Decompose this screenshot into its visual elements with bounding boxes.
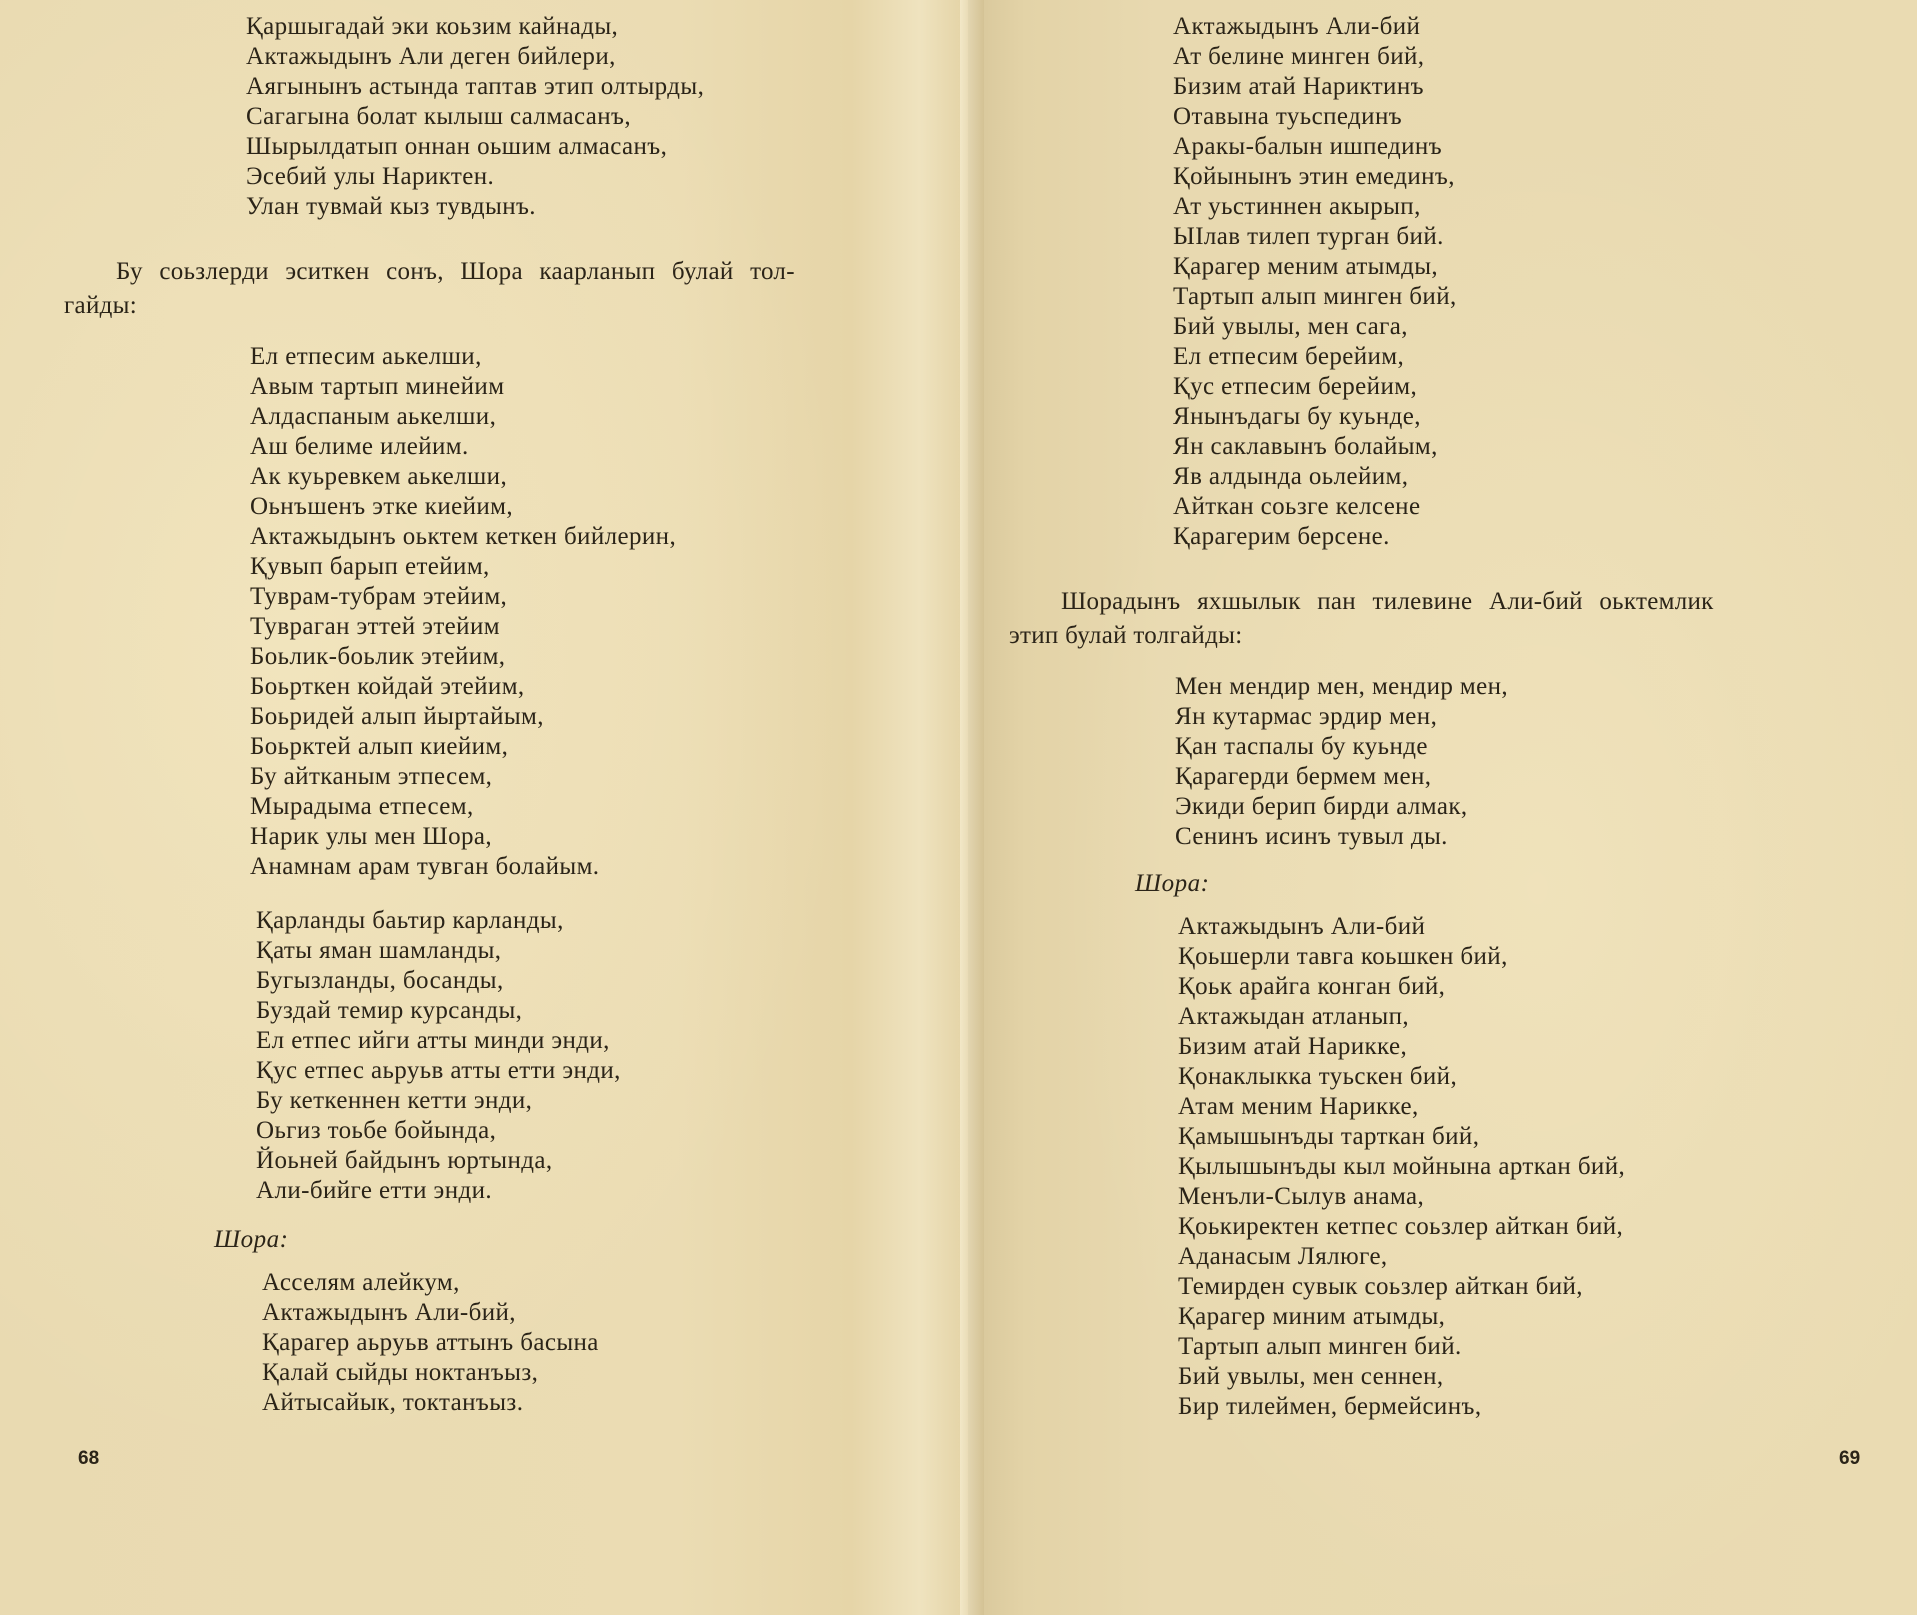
verse-line: Темирден сувык соьзлер айткан бий, xyxy=(1178,1272,1625,1302)
verse-line: Ат белине минген бий, xyxy=(1173,42,1457,72)
verse-line: Туврам-тубрам этейим, xyxy=(250,582,676,612)
verse-line: Янынъдагы бу куьнде, xyxy=(1173,402,1457,432)
prose-line: этип булай толгайды: xyxy=(1009,619,1885,653)
verse-line: Анамнам арам тувган болайым. xyxy=(250,852,676,882)
page-number-left: 68 xyxy=(78,1448,99,1470)
verse-line: Қонаклыкка туьскен бий, xyxy=(1178,1062,1625,1092)
verse-line: Боьрктей алып киейим, xyxy=(250,732,676,762)
verse-line: Буздай темир курсанды, xyxy=(256,996,621,1026)
verse-line: Актажыдан атланып, xyxy=(1178,1002,1625,1032)
left-verse-1: Қаршыгадай эки коьзим кайнады, Актажыдын… xyxy=(246,12,704,222)
verse-line: Ел етпес ийги атты минди энди, xyxy=(256,1026,621,1056)
verse-line: Қарагер миним атымды, xyxy=(1178,1302,1625,1332)
verse-line: Қоьк арайга конган бий, xyxy=(1178,972,1625,1002)
verse-line: Шырылдатып оннан оьшим алмасанъ, xyxy=(246,132,704,162)
verse-line: Тартып алып минген бий. xyxy=(1178,1332,1625,1362)
verse-line: Қарланды баьтир карланды, xyxy=(256,906,621,936)
verse-line: Қылышынъды кыл мойнына арткан бий, xyxy=(1178,1152,1625,1182)
right-prose-1: Шорадынъ яхшылык пан тилевине Али-бий оь… xyxy=(1009,585,1885,653)
verse-line: Бий увылы, мен сеннен, xyxy=(1178,1362,1625,1392)
verse-line: Қус етпесим берейим, xyxy=(1173,372,1457,402)
left-prose-1: Бу соьзлерди эситкен сонъ, Шора каарланы… xyxy=(64,255,916,323)
verse-line: Нарик улы мен Шора, xyxy=(250,822,676,852)
verse-line: Аданасым Лялюге, xyxy=(1178,1242,1625,1272)
verse-line: Ел етпесим аькелши, xyxy=(250,342,676,372)
verse-line: Қаршыгадай эки коьзим кайнады, xyxy=(246,12,704,42)
verse-line: Қарагер аьруьв аттынъ басына xyxy=(262,1328,599,1358)
verse-line: Ян кутармас эрдир мен, xyxy=(1175,702,1508,732)
verse-line: Бу айтканым этпесем, xyxy=(250,762,676,792)
verse-line: Йоьней байдынъ юртында, xyxy=(256,1146,621,1176)
verse-line: Актажыдынъ Али-бий xyxy=(1173,12,1457,42)
verse-line: Ян саклавынъ болайым, xyxy=(1173,432,1457,462)
verse-line: Бир тилеймен, бермейсинъ, xyxy=(1178,1392,1625,1422)
verse-line: Тувраган эттей этейим xyxy=(250,612,676,642)
verse-line: Актажыдынъ Али деген бийлери, xyxy=(246,42,704,72)
verse-line: Ат уьстиннен акырып, xyxy=(1173,192,1457,222)
right-verse-1: Актажыдынъ Али-бий Ат белине минген бий,… xyxy=(1173,12,1457,552)
verse-line: Улан тувмай кыз тувдынъ. xyxy=(246,192,704,222)
verse-line: Қамышынъды тарткан бий, xyxy=(1178,1122,1625,1152)
prose-line: Шорадынъ яхшылык пан тилевине Али-бий оь… xyxy=(1009,585,1885,619)
prose-line: Бу соьзлерди эситкен сонъ, Шора каарланы… xyxy=(64,255,916,289)
verse-line: Ел етпесим берейим, xyxy=(1173,342,1457,372)
verse-line: Сенинъ исинъ тувыл ды. xyxy=(1175,822,1508,852)
verse-line: Актажыдынъ Али-бий xyxy=(1178,912,1625,942)
verse-line: Эсебий улы Нариктен. xyxy=(246,162,704,192)
speaker-label: Шора: xyxy=(1135,870,1209,898)
verse-line: Қоьшерли тавга коьшкен бий, xyxy=(1178,942,1625,972)
verse-line: Оьгиз тоьбе бойында, xyxy=(256,1116,621,1146)
verse-line: Бугызланды, босанды, xyxy=(256,966,621,996)
left-verse-3: Қарланды баьтир карланды, Қаты яман шамл… xyxy=(256,906,621,1206)
verse-line: Актажыдынъ оьктем кеткен бийлерин, xyxy=(250,522,676,552)
speaker-label: Шора: xyxy=(214,1226,288,1254)
verse-line: Сагагына болат кылыш салмасанъ, xyxy=(246,102,704,132)
verse-line: Айткан соьзге келсене xyxy=(1173,492,1457,522)
verse-line: Отавына туьспединъ xyxy=(1173,102,1457,132)
verse-line: Аш белиме илейим. xyxy=(250,432,676,462)
verse-line: Айтысайык, токтанъыз. xyxy=(262,1388,599,1418)
book-spread: Қаршыгадай эки коьзим кайнады, Актажыдын… xyxy=(0,0,1917,1615)
verse-line: Қан таспалы бу куьнде xyxy=(1175,732,1508,762)
verse-line: Боьридей алып йыртайым, xyxy=(250,702,676,732)
verse-line: Қарагер меним атымды, xyxy=(1173,252,1457,282)
verse-line: Бизим атай Нарикке, xyxy=(1178,1032,1625,1062)
verse-line: Боьрткен койдай этейим, xyxy=(250,672,676,702)
verse-line: Авым тартып минейим xyxy=(250,372,676,402)
verse-line: Ак куьревкем аькелши, xyxy=(250,462,676,492)
verse-line: Тартып алып минген бий, xyxy=(1173,282,1457,312)
verse-line: Менъли-Сылув анама, xyxy=(1178,1182,1625,1212)
verse-line: Актажыдынъ Али-бий, xyxy=(262,1298,599,1328)
verse-line: Аракы-балын ишпединъ xyxy=(1173,132,1457,162)
verse-line: Мен мендир мен, мендир мен, xyxy=(1175,672,1508,702)
verse-line: Экиди берип бирди алмак, xyxy=(1175,792,1508,822)
verse-line: Бу кеткеннен кетти энди, xyxy=(256,1086,621,1116)
page-number-right: 69 xyxy=(1839,1448,1860,1470)
verse-line: Қувып барып етейим, xyxy=(250,552,676,582)
verse-line: Асселям алейкум, xyxy=(262,1268,599,1298)
verse-line: Қаты яман шамланды, xyxy=(256,936,621,966)
left-verse-2: Ел етпесим аькелши, Авым тартып минейим … xyxy=(250,342,676,882)
verse-line: Қоькиректен кетпес соьзлер айткан бий, xyxy=(1178,1212,1625,1242)
verse-line: Қус етпес аьруьв атты етти энди, xyxy=(256,1056,621,1086)
verse-line: Оьнъшенъ этке киейим, xyxy=(250,492,676,522)
verse-line: Алдаспаным аькелши, xyxy=(250,402,676,432)
left-page: Қаршыгадай эки коьзим кайнады, Актажыдын… xyxy=(0,0,968,1615)
verse-line: Қарагерим берсене. xyxy=(1173,522,1457,552)
verse-line: Қарагерди бермем мен, xyxy=(1175,762,1508,792)
prose-line: гайды: xyxy=(64,289,916,323)
verse-line: Атам меним Нарикке, xyxy=(1178,1092,1625,1122)
verse-line: Яв алдында оьлейим, xyxy=(1173,462,1457,492)
verse-line: Мырадыма етпесем, xyxy=(250,792,676,822)
verse-line: Қалай сыйды ноктанъыз, xyxy=(262,1358,599,1388)
right-page: Актажыдынъ Али-бий Ат белине минген бий,… xyxy=(968,0,1917,1615)
verse-line: Боьлик-боьлик этейим, xyxy=(250,642,676,672)
verse-line: Бизим атай Нариктинъ xyxy=(1173,72,1457,102)
right-verse-3: Актажыдынъ Али-бий Қоьшерли тавга коьшке… xyxy=(1178,912,1625,1422)
verse-line: Аягынынъ астында таптав этип олтырды, xyxy=(246,72,704,102)
left-verse-4: Асселям алейкум, Актажыдынъ Али-бий, Қар… xyxy=(262,1268,599,1418)
right-verse-2: Мен мендир мен, мендир мен, Ян кутармас … xyxy=(1175,672,1508,852)
verse-line: ЫIлав тилеп турган бий. xyxy=(1173,222,1457,252)
verse-line: Қойынынъ этин емединъ, xyxy=(1173,162,1457,192)
verse-line: Бий увылы, мен сага, xyxy=(1173,312,1457,342)
verse-line: Али-бийге етти энди. xyxy=(256,1176,621,1206)
